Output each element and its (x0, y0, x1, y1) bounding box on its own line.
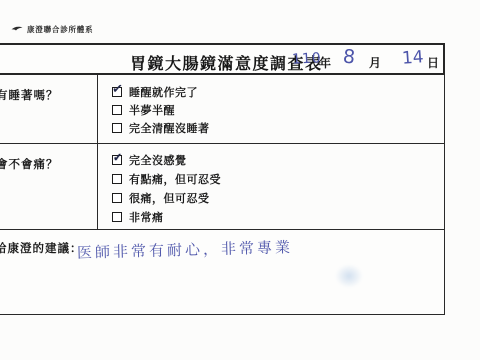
month-label: 月 (369, 54, 381, 71)
checkbox-icon (112, 87, 122, 97)
year-label: 年 (319, 54, 331, 71)
question-label: 有睡著嗎？ (0, 90, 59, 102)
option-row: 完全沒感覺 (98, 150, 444, 169)
handwritten-suggestion: 医師非常有耐心，非常專業 (77, 236, 293, 263)
checkbox-icon (112, 174, 122, 184)
checkbox-icon (112, 105, 122, 115)
option-row: 很痛，但可忍受 (98, 188, 444, 207)
suggestion-row: 給康澄的建議： 医師非常有耐心，非常專業 (0, 230, 445, 315)
option-row: 完全清醒沒睡著 (98, 119, 444, 137)
scanned-survey-form: 康澄聯合診所體系 胃鏡大腸鏡滿意度調查表 110 年 8 月 14 日 有睡著嗎… (0, 0, 480, 360)
question-cell: 有睡著嗎？ (0, 75, 98, 143)
bird-swoosh-icon (11, 26, 23, 33)
question-row-sleep: 有睡著嗎？ 睡醒就作完了 半夢半醒 完全清醒沒睡著 (0, 75, 445, 144)
question-label: 會不會痛？ (0, 159, 59, 171)
option-row: 非常痛 (98, 207, 444, 226)
survey-form-table: 胃鏡大腸鏡滿意度調查表 110 年 8 月 14 日 有睡著嗎？ 睡醒就作完了 … (0, 43, 445, 315)
checkbox-icon (112, 155, 122, 165)
clinic-logo: 康澄聯合診所體系 (11, 24, 93, 35)
answer-cell: 睡醒就作完了 半夢半醒 完全清醒沒睡著 (98, 75, 444, 143)
checkbox-icon (112, 123, 122, 133)
answer-cell: 完全沒感覺 有點痛，但可忍受 很痛，但可忍受 非常痛 (98, 144, 444, 229)
option-label: 睡醒就作完了 (129, 84, 198, 100)
option-label: 非常痛 (129, 209, 164, 225)
handwritten-day-value: 14 (401, 47, 424, 68)
handwritten-month-value: 8 (342, 45, 356, 68)
option-label: 完全清醒沒睡著 (129, 120, 210, 136)
question-row-pain: 會不會痛？ 完全沒感覺 有點痛，但可忍受 很痛，但可忍受 非常痛 (0, 144, 445, 230)
option-row: 有點痛，但可忍受 (98, 169, 444, 188)
question-cell: 會不會痛？ (0, 144, 98, 229)
option-label: 半夢半醒 (129, 102, 175, 118)
title-row: 胃鏡大腸鏡滿意度調查表 110 年 8 月 14 日 (0, 43, 445, 75)
handwritten-year-value: 110 (292, 50, 323, 68)
option-label: 有點痛，但可忍受 (129, 171, 221, 187)
option-label: 完全沒感覺 (129, 152, 187, 168)
option-label: 很痛，但可忍受 (129, 190, 210, 206)
suggestion-label: 給康澄的建議： (0, 240, 83, 256)
option-row: 睡醒就作完了 (98, 83, 444, 101)
clinic-logo-text: 康澄聯合診所體系 (27, 24, 93, 35)
ink-smudge (335, 264, 363, 288)
checkbox-icon (112, 193, 122, 203)
day-label: 日 (427, 54, 439, 71)
checkbox-icon (112, 212, 122, 222)
option-row: 半夢半醒 (98, 101, 444, 119)
